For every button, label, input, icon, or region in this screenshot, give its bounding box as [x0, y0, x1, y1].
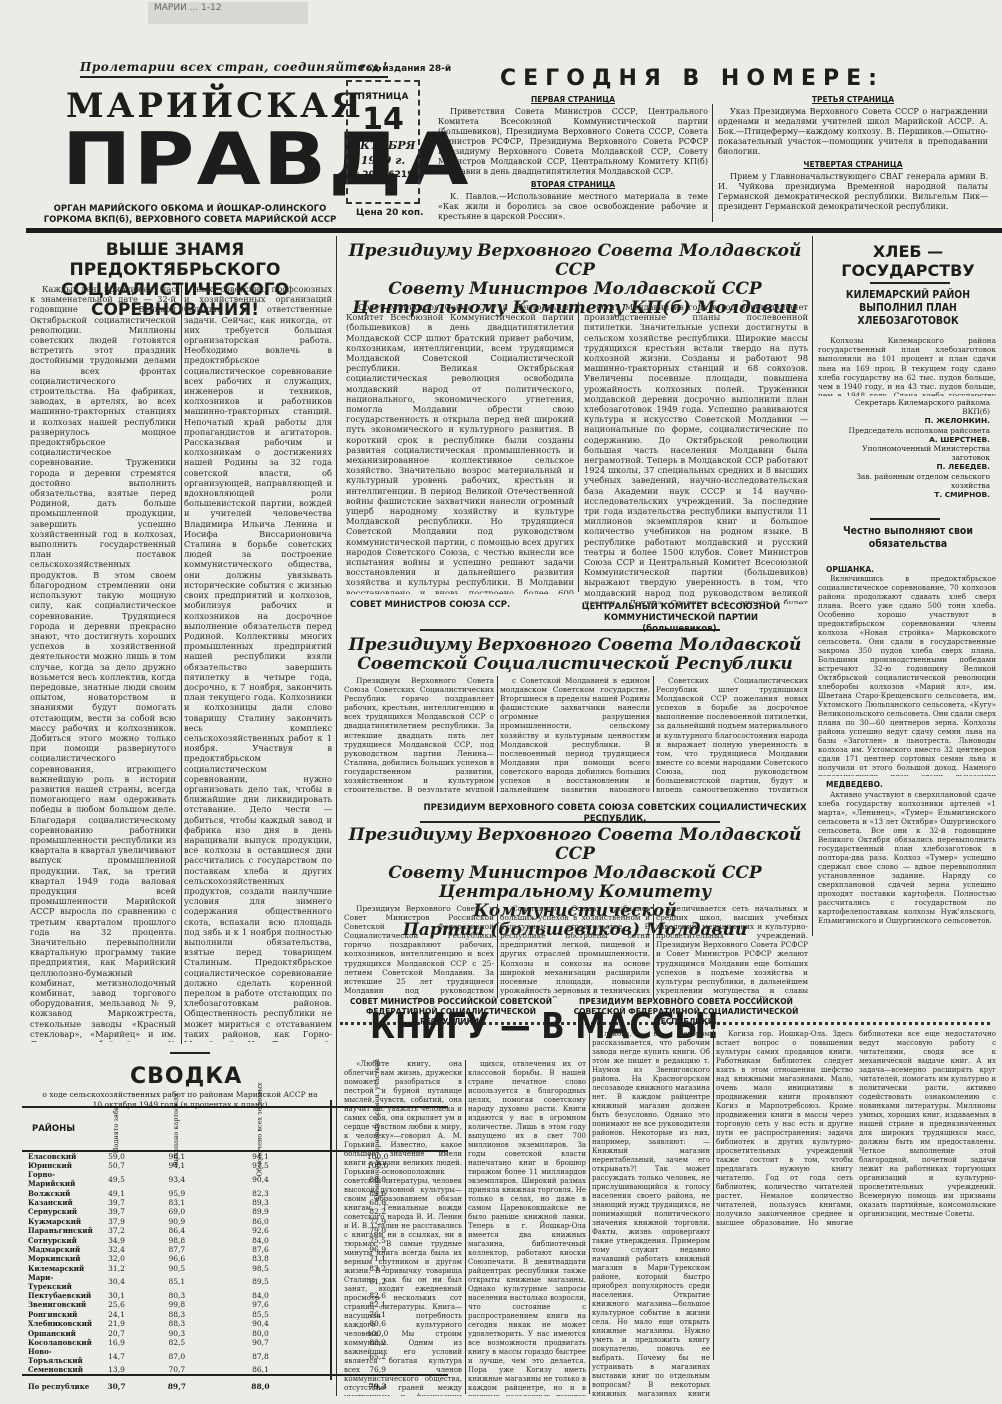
headline-line: Совету Министров Молдавской ССР — [340, 864, 810, 883]
percent-value: 95,9 — [140, 1188, 213, 1197]
organ-statement: ОРГАН МАРИЙСКОГО ОБКОМА И ЙОШКАР-ОЛИНСКО… — [40, 204, 340, 226]
percent-value: 96,6 — [140, 1254, 213, 1263]
percent-value: 88,0 — [213, 1375, 307, 1391]
moldova3-col2: Советского Союза, добились больших успех… — [500, 904, 650, 998]
percent-value: 87,8 — [213, 1347, 307, 1365]
today-left-column: ПЕРВАЯ СТРАНИЦА Приветствия Совета Минис… — [438, 92, 708, 222]
signature-role: Уполномоченный Министерства заготовок — [830, 444, 990, 462]
moldova3-divider2 — [653, 904, 654, 998]
percent-value: 50,7 — [93, 1161, 140, 1170]
moldova1-col2: ность Молдавии из года в год перевыполня… — [584, 302, 808, 604]
percent-value: 88,3 — [140, 1319, 213, 1328]
percent-value: 25,6 — [93, 1300, 140, 1309]
percent-value: 84,0 — [213, 1235, 307, 1244]
headline-line: Президиуму Верховного Совета Молдавской … — [340, 242, 810, 280]
svodka-title: СВОДКА — [130, 1064, 242, 1089]
header-zyab: Поднято зяби — [93, 1107, 140, 1151]
moldova1-col1: Совет Министров Союза ССР и Центральный … — [346, 302, 574, 594]
header-text: Выкопано картофеля — [173, 1093, 180, 1166]
district-name: Сернурский — [22, 1207, 93, 1216]
bread-rule — [870, 282, 950, 284]
bread-signatures: Секретарь Килемарского райкома ВКП(б)П. … — [830, 398, 990, 499]
bread-text3: Активно участвуют в сверхплановой сдаче … — [818, 790, 996, 934]
percent-value: 85,5 — [213, 1310, 307, 1319]
moldova1-signature-left: СОВЕТ МИНИСТРОВ СОЮЗА ССР. — [350, 600, 550, 611]
archive-stamp: МАРИИ ... 1-12 — [148, 2, 308, 24]
signature-name: А. ШЕРСТНЕВ. — [830, 435, 990, 444]
percent-value: 80,0 — [213, 1328, 307, 1337]
percent-value: 86,4 — [140, 1226, 213, 1235]
masthead-rule — [26, 228, 1002, 233]
column-divider-right — [812, 236, 813, 936]
header-potato: Выкопано картофеля — [140, 1107, 213, 1151]
district-name: Ново-Торъяльский — [22, 1347, 93, 1365]
percent-value: 30,1 — [93, 1291, 140, 1300]
percent-value: 82,3 — [213, 1188, 307, 1197]
moldova2-headline: Президиуму Верховного Совета Молдавской … — [340, 636, 810, 674]
percent-value: 82,5 — [140, 1338, 213, 1347]
district-name: Пектубаевский — [22, 1291, 93, 1300]
page1-text: Приветствия Совета Министров СССР, Центр… — [438, 107, 708, 177]
percent-value: 49,5 — [93, 1170, 140, 1188]
percent-value: 85,1 — [140, 1273, 213, 1291]
page4-label: ЧЕТВЕРТАЯ СТРАНИЦА — [718, 160, 988, 169]
books-divider2 — [589, 1030, 590, 1394]
percent-value: 89,9 — [213, 1207, 307, 1216]
district-name: Юринский — [22, 1161, 93, 1170]
district-name: Горно-Марийский — [22, 1170, 93, 1188]
percent-value: 92,6 — [213, 1226, 307, 1235]
moldova2-end-rule — [420, 821, 720, 823]
moldova2-col3: Советских Социалистических Республик шле… — [656, 676, 808, 792]
year: 1949 г. — [348, 153, 418, 168]
district-name: Моркинский — [22, 1254, 93, 1263]
percent-value: 39,7 — [93, 1207, 140, 1216]
page1-label: ПЕРВАЯ СТРАНИЦА — [438, 95, 708, 104]
percent-value: 86,0 — [213, 1217, 307, 1226]
bread-headline: ХЛЕБ — ГОСУДАРСТВУ — [818, 242, 998, 280]
bread-rule2 — [870, 518, 940, 520]
signature-role: Зав. районным отделом сельского хозяйств… — [830, 472, 990, 490]
district-name: По республике — [22, 1375, 93, 1391]
percent-value: 83,8 — [213, 1254, 307, 1263]
district-name: Оршанский — [22, 1328, 93, 1337]
district-name: Мари-Турекский — [22, 1273, 93, 1291]
percent-value: 30,7 — [93, 1375, 140, 1391]
header-text: Обмолочено всех зерновых — [257, 1083, 264, 1177]
moldova1-end-rule — [420, 629, 720, 631]
district-name: Волжский — [22, 1188, 93, 1197]
percent-value: 34,9 — [93, 1235, 140, 1244]
percent-value: 89,5 — [213, 1273, 307, 1291]
page2-label: ВТОРАЯ СТРАНИЦА — [438, 180, 708, 189]
district-name: Хлебниковский — [22, 1319, 93, 1328]
moldova3-col3: увеличивается сеть начальных и средних ш… — [656, 904, 808, 998]
percent-value: 30,4 — [93, 1273, 140, 1291]
percent-value: 16,9 — [93, 1338, 140, 1347]
books-col4: Когиза гор. Йошкар-Ола. Здесь встает воп… — [716, 1030, 996, 1360]
signature-role: Секретарь Килемарского райкома ВКП(б) — [830, 398, 990, 416]
moldova2-col2: с Советской Молдавией в едином молдавско… — [500, 676, 650, 792]
signature-name: П. ЛЕБЕДЕВ. — [830, 462, 990, 471]
percent-value: 24,1 — [93, 1310, 140, 1319]
header-districts: РАЙОНЫ — [22, 1107, 93, 1151]
percent-value: 90,7 — [213, 1338, 307, 1347]
moldova2-divider1 — [497, 676, 498, 792]
percent-value: 83,1 — [140, 1198, 213, 1207]
editorial-col2: ных, советских, профсоюзных и хозяйствен… — [184, 284, 332, 1042]
signature-name: П. ЖЕЛОНКИН. — [830, 416, 990, 425]
percent-value: 90,5 — [140, 1264, 213, 1273]
percent-value: 39,7 — [93, 1198, 140, 1207]
percent-value: 98,8 — [140, 1235, 213, 1244]
moldova2-divider2 — [653, 676, 654, 792]
percent-value: 97,6 — [213, 1300, 307, 1309]
header-grain: Обмолочено всех зерновых — [213, 1107, 307, 1151]
bread-subheadline2: Честно выполняют свои обязательства — [838, 524, 977, 550]
percent-value: 89,3 — [213, 1198, 307, 1207]
price: Цена 20 коп. — [356, 208, 423, 218]
district-name: Кужмарский — [22, 1217, 93, 1226]
month: ОКТЯБРЯ — [348, 138, 418, 153]
editorial-end-rule — [170, 1052, 210, 1054]
place-medvedevo: МЕДВЕДЕВО. — [826, 779, 883, 790]
percent-value: 20,7 — [93, 1328, 140, 1337]
issue-number: № 202 (6219) — [348, 170, 418, 180]
percent-value: 88,3 — [140, 1310, 213, 1319]
percent-value: 99,8 — [140, 1300, 213, 1309]
percent-value: 87,0 — [140, 1347, 213, 1365]
signature-role: Председатель исполкома райсовета — [830, 426, 990, 435]
books-col3: лакова, в котором рассказывается, что ра… — [592, 1030, 710, 1396]
percent-value: 90,4 — [213, 1319, 307, 1328]
district-name: Ронгинский — [22, 1310, 93, 1319]
bread-text1: Колхозы Килемарского района государствен… — [818, 336, 996, 396]
editorial-divider — [181, 284, 182, 1044]
percent-value: 21,9 — [93, 1319, 140, 1328]
percent-value: 87,7 — [140, 1245, 213, 1254]
moldova1-divider — [578, 302, 579, 592]
page2-text: К. Павлов.—Использование местного матери… — [438, 192, 708, 222]
headline-line: Советской Социалистической Республики — [340, 655, 810, 674]
district-name: Звениговский — [22, 1300, 93, 1309]
svodka-right-border — [330, 1100, 332, 1380]
percent-value: 69,0 — [140, 1207, 213, 1216]
percent-value: 32,4 — [93, 1245, 140, 1254]
percent-value: 86,1 — [213, 1365, 307, 1375]
headline-line: Президиуму Верховного Совета Молдавской … — [340, 826, 810, 864]
district-name: Казанский — [22, 1198, 93, 1207]
bread-text2: Включившись в предоктябрьское социалисти… — [818, 574, 996, 776]
page3-label: ТРЕТЬЯ СТРАНИЦА — [718, 95, 988, 104]
percent-value: 87,6 — [213, 1245, 307, 1254]
editorial-col1: Каждый день приближает нас к знаменатель… — [30, 284, 176, 1042]
percent-value: 31,2 — [93, 1264, 140, 1273]
percent-value: 14,7 — [93, 1347, 140, 1365]
percent-value: 98,5 — [213, 1264, 307, 1273]
percent-value: 80,3 — [140, 1291, 213, 1300]
moldova2-col1: Президиум Верховного Совета Союза Советс… — [344, 676, 494, 792]
bread-subheadline: КИЛЕМАРСКИЙ РАЙОН ВЫПОЛНИЛ ПЛАН ХЛЕБОЗАГ… — [838, 288, 977, 327]
weekday: ПЯТНИЦА — [348, 92, 418, 102]
district-name: Еласовский — [22, 1151, 93, 1161]
today-right-column: ТРЕТЬЯ СТРАНИЦА Указ Президиума Верховно… — [718, 92, 988, 212]
percent-value: 32,0 — [93, 1254, 140, 1263]
today-in-issue-title: СЕГОДНЯ В НОМЕРЕ: — [500, 66, 884, 91]
percent-value: 90,9 — [140, 1217, 213, 1226]
percent-value: 49,1 — [93, 1188, 140, 1197]
percent-value: 89,7 — [140, 1375, 213, 1391]
today-divider — [712, 104, 713, 222]
percent-value: 84,0 — [213, 1291, 307, 1300]
district-name: Семеновский — [22, 1365, 93, 1375]
percent-value: 90,3 — [140, 1328, 213, 1337]
books-divider3 — [713, 1030, 714, 1360]
books-col2: щихся, отвлечения их от классовой борьбы… — [468, 1060, 586, 1396]
district-name: Килемарский — [22, 1264, 93, 1273]
percent-value: 37,2 — [93, 1226, 140, 1235]
district-name: Параньгинский — [22, 1226, 93, 1235]
date-box: ПЯТНИЦА 14 ОКТЯБРЯ 1949 г. № 202 (6219) — [346, 80, 420, 204]
headline-line: Совету Министров Молдавской ССР — [340, 280, 810, 299]
page3-text: Указ Президиума Верховного Совета СССР о… — [718, 107, 988, 157]
motto: Пролетарии всех стран, соединяйтесь! — [80, 60, 388, 78]
moldova3-divider1 — [497, 904, 498, 998]
percent-value: 70,7 — [140, 1365, 213, 1375]
newspaper-page: МАРИИ ... 1-12 Пролетарии всех стран, со… — [0, 0, 1002, 1404]
books-divider1 — [465, 1060, 466, 1394]
signature-name: Т. СМИРНОВ. — [830, 490, 990, 499]
books-col1: «Любите книгу, она облегчит вам жизнь, д… — [344, 1060, 462, 1396]
year-of-publication: Год издания 28-й — [360, 64, 451, 74]
district-name: Сотнурский — [22, 1235, 93, 1244]
day: 14 — [348, 102, 418, 138]
moldova3-col1: Президиум Верховного Совета и Совет Мини… — [344, 904, 494, 998]
page4-text: Прием у Главноначальствующего СВАГ генер… — [718, 172, 988, 212]
header-text: Поднято зяби — [113, 1106, 120, 1153]
district-name: Косолаповский — [22, 1338, 93, 1347]
percent-value: 93,4 — [140, 1170, 213, 1188]
percent-value: 37,9 — [93, 1217, 140, 1226]
percent-value: 13,9 — [93, 1365, 140, 1375]
district-name: Мадмарский — [22, 1245, 93, 1254]
headline-line: Президиуму Верховного Совета Молдавской — [340, 636, 810, 655]
